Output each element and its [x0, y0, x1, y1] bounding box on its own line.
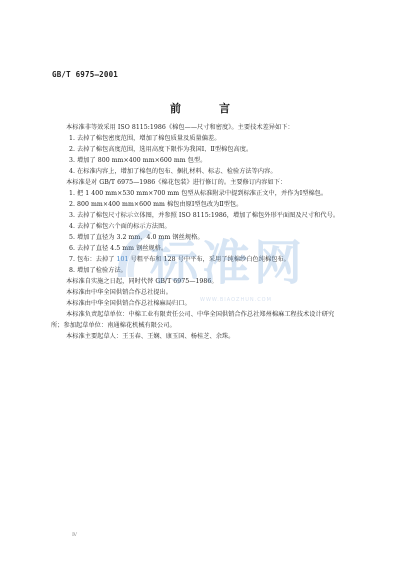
paragraph: 本标准非等效采用 ISO 8115:1986《棉包——尺寸和密度》。主要技术差异… — [66, 124, 294, 131]
list-item: 4. 去掉了棉包六个面的标示方法图。 — [69, 223, 171, 230]
title-char-1: 前 — [170, 100, 181, 116]
paragraph: 本标准负责起草单位：中棉工业有限责任公司、中华全国供销合作总社郑州棉麻工程技术设… — [66, 311, 334, 318]
watermark-url: WWW.BIAOZHUN.COM — [200, 297, 272, 303]
item-text-before: 7. 包布：去掉了 — [69, 256, 116, 263]
standard-code: GB/T 6975—2001 — [52, 70, 118, 79]
highlight-number: 101 — [116, 256, 128, 263]
paragraph-continuation: 所；参加起草单位：南通棉花机械有限公司。 — [51, 322, 176, 329]
list-item: 8. 增加了检验方法。 — [69, 267, 127, 274]
list-item: 4. 在标准内容上，增加了棉包的包布、捆扎材料、标志、检验方法等内容。 — [69, 168, 277, 175]
title-char-2: 言 — [219, 100, 230, 116]
list-item: 7. 包布：去掉了 101 号粗平布和 128 号中平布，采用了纯棉纱白色纯棉包… — [69, 256, 290, 263]
item-text-after: 号粗平布和 128 号中平布，采用了纯棉纱白色纯棉包布。 — [128, 256, 289, 263]
list-item: 1. 去掉了棉包密度范围，增加了棉包质量及质量偏差。 — [69, 135, 220, 142]
list-item: 5. 增加了直径为 3.2 mm、4.0 mm 钢丝规格。 — [69, 234, 204, 241]
list-item: 2. 800 mm×400 mm×600 mm 棉包由原Ⅰ型包改为Ⅱ型包。 — [69, 201, 242, 208]
page-title: 前言 — [0, 100, 400, 116]
paragraph: 本标准是对 GB/T 6975—1986《棉花包装》进行修订的。主要修订内容如下… — [66, 179, 286, 186]
paragraph: 本标准主要起草人：王玉春、王娴、康玉国、杨桂芝、余珠。 — [66, 333, 234, 340]
paragraph: 本标准由中华全国供销合作总社提出。 — [66, 289, 172, 296]
page-number: Ⅳ — [72, 532, 77, 538]
list-item: 6. 去掉了直径 4.5 mm 钢丝规格。 — [69, 245, 167, 252]
paragraph: 本标准由中华全国供销合作总社棉麻局归口。 — [66, 300, 191, 307]
list-item: 3. 去掉了棉包尺寸标示立体图，并参照 ISO 8115:1986，增加了棉包外… — [69, 212, 339, 219]
list-item: 3. 增加了 800 mm×400 mm×600 mm 包型。 — [69, 157, 206, 164]
paragraph: 本标准自实施之日起，同时代替 GB/T 6975—1986。 — [66, 278, 218, 285]
list-item: 2. 去掉了棉包高度范围，选用高度下限作为我国Ⅰ、Ⅱ型棉包高度。 — [69, 146, 252, 153]
list-item: 1. 把 1 400 mm×530 mm×700 mm 包型从标准附录中提到标准… — [69, 190, 327, 197]
